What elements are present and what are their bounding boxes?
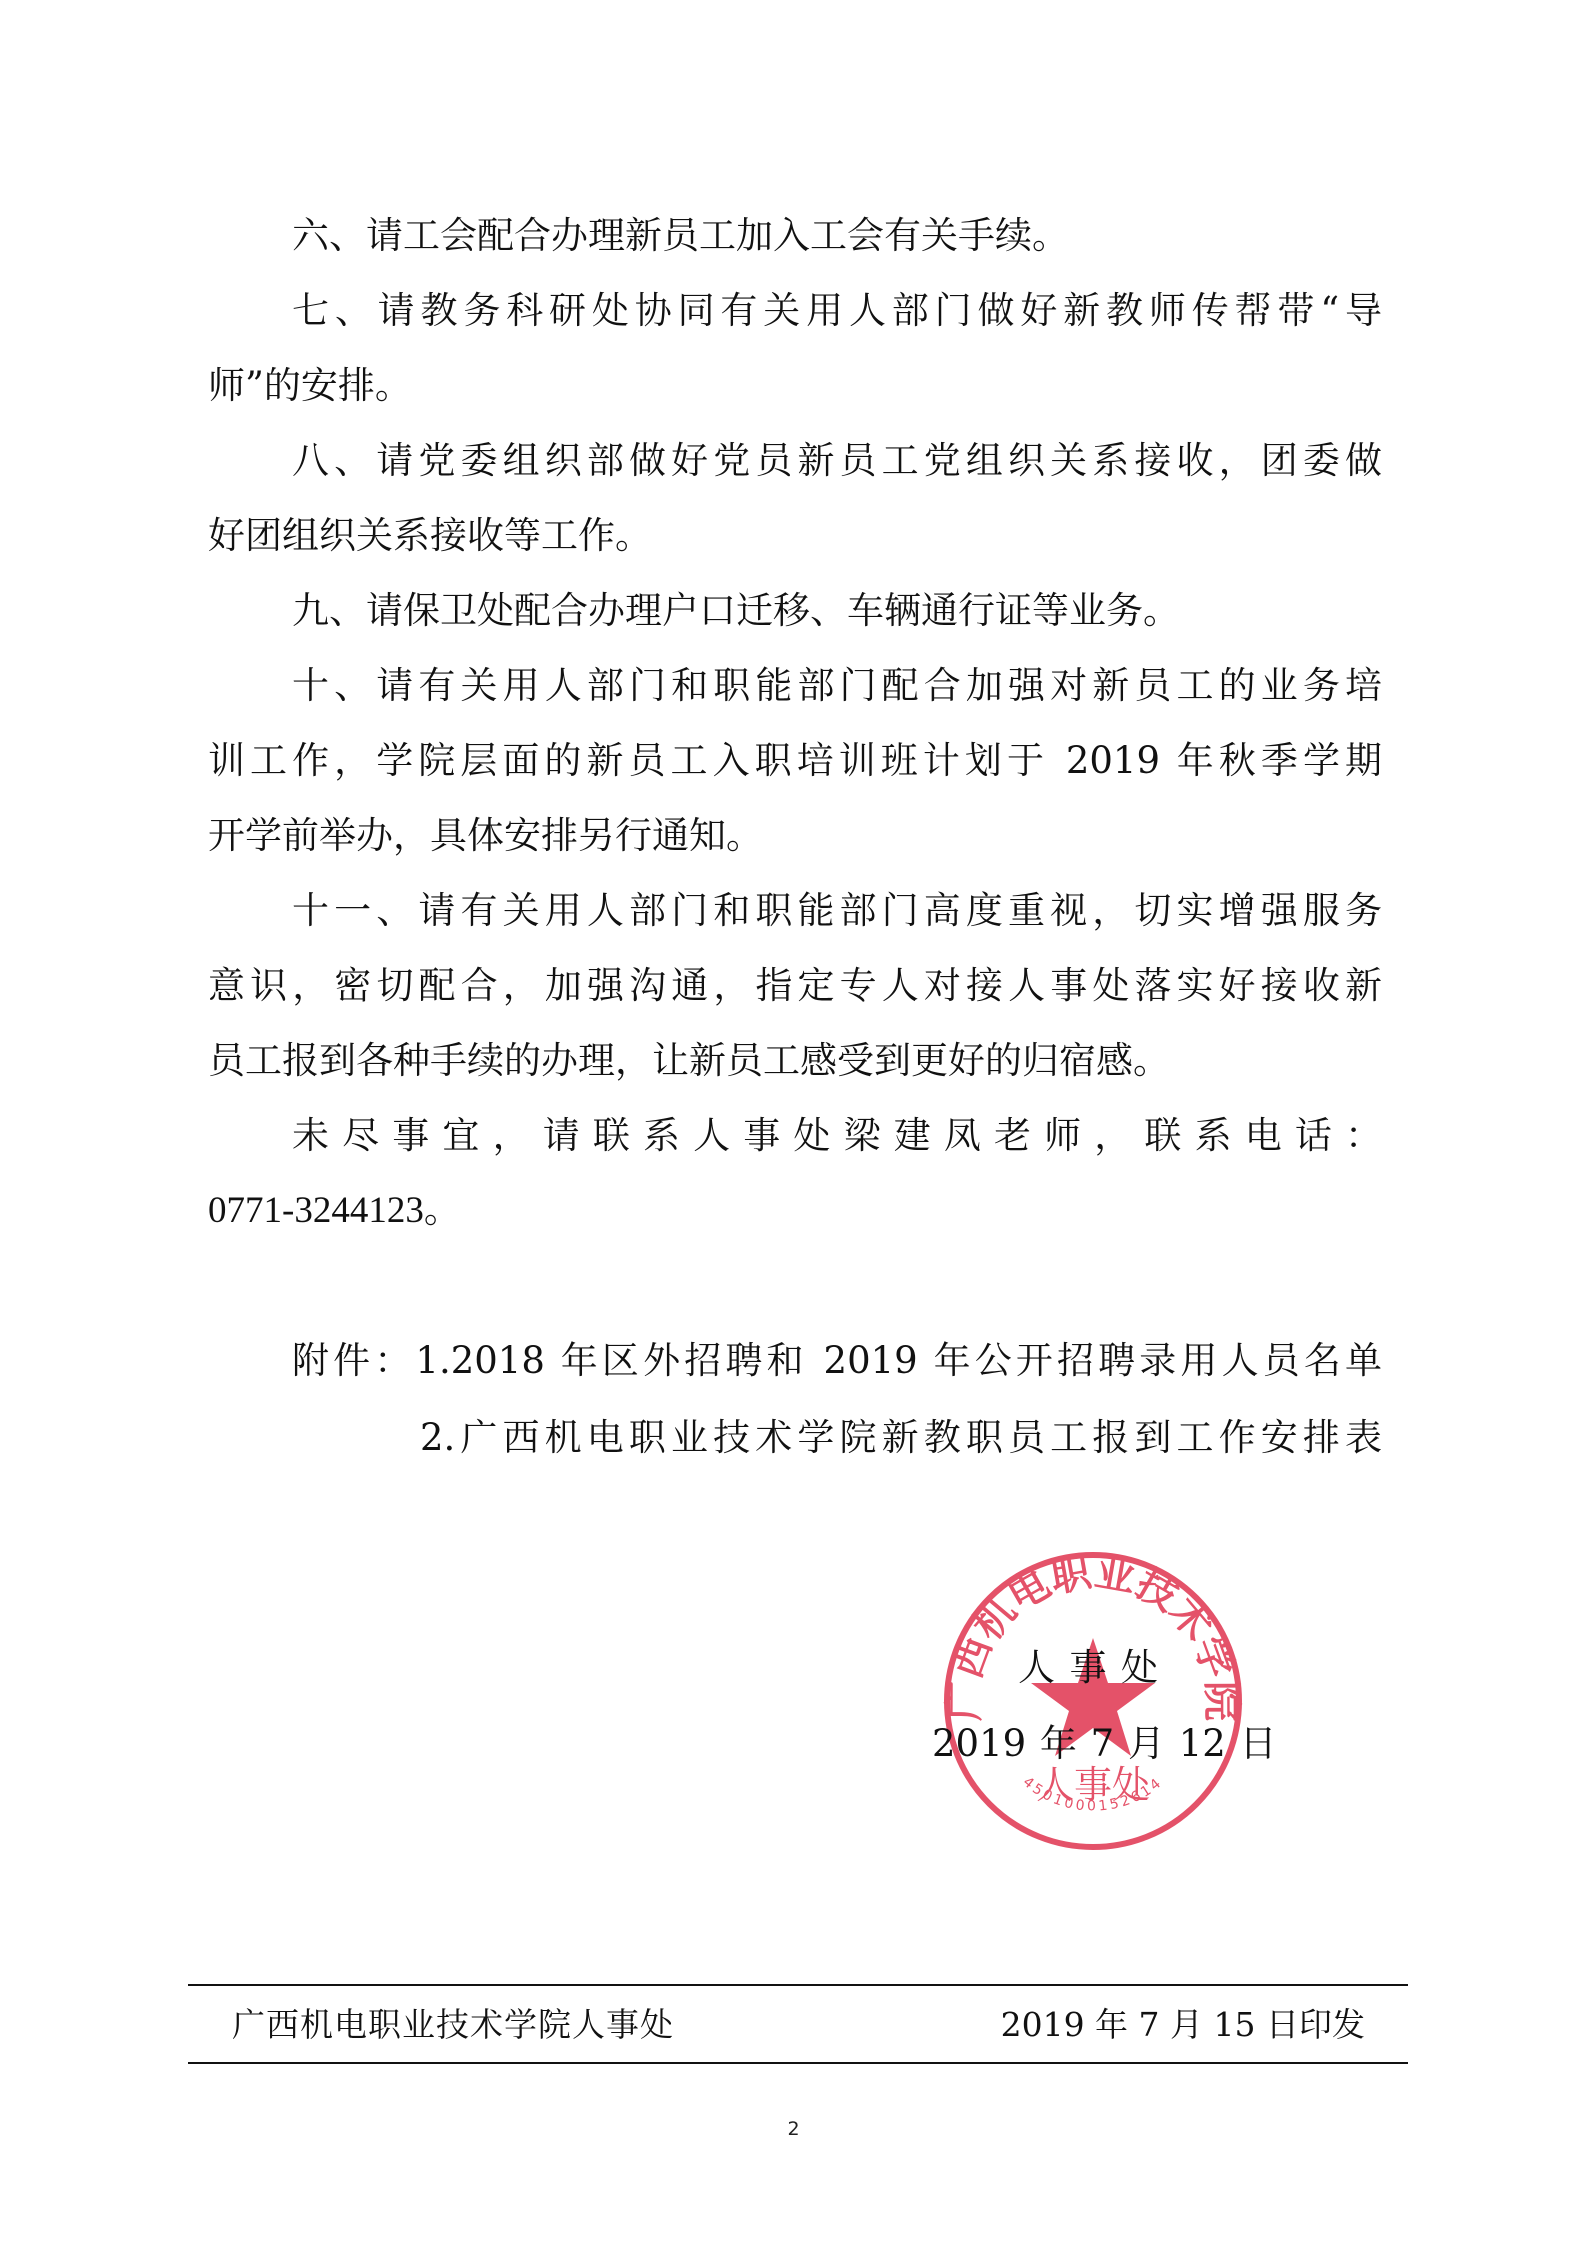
contact-phone: 0771-3244123。 <box>208 1183 1382 1239</box>
footer-rule-top <box>188 1984 1408 1986</box>
paragraph-11-line-2: 意识，密切配合，加强沟通，指定专人对接人事处落实好接收新 <box>208 958 1382 1014</box>
paragraph-9: 九、请保卫处配合办理户口迁移、车辆通行证等业务。 <box>292 583 1382 639</box>
footer-rule-bottom <box>188 2062 1408 2064</box>
document-page: 六、请工会配合办理新员工加入工会有关手续。 七、请教务科研处协同有关用人部门做好… <box>0 0 1587 2245</box>
signature-department: 人事处 <box>1018 1640 1158 1696</box>
paragraph-11-line-3: 员工报到各种手续的办理，让新员工感受到更好的归宿感。 <box>208 1033 1382 1089</box>
footer-issuer: 广西机电职业技术学院人事处 <box>232 2000 674 2050</box>
contact-line-1: 未尽事宜，请联系人事处梁建凤老师，联系电话： <box>292 1108 1382 1164</box>
footer-print-date: 2019 年 7 月 15 日印发 <box>1001 2000 1365 2050</box>
attachment-2: 2.广西机电职业技术学院新教职员工报到工作安排表 <box>420 1410 1382 1466</box>
signature-date: 2019 年 7 月 12 日 <box>932 1716 1262 1772</box>
paragraph-7-line-2: 师”的安排。 <box>208 358 1382 414</box>
paragraph-11-line-1: 十一、请有关用人部门和职能部门高度重视，切实增强服务 <box>292 883 1382 939</box>
page-number: 2 <box>0 2118 1587 2140</box>
official-seal-icon: 广西机电职业技术学院 人事处 4501000152614 <box>940 1548 1246 1854</box>
attachment-1: 附件：1.2018 年区外招聘和 2019 年公开招聘录用人员名单 <box>292 1333 1382 1389</box>
paragraph-10-line-2: 训工作，学院层面的新员工入职培训班计划于 2019 年秋季学期 <box>208 733 1382 789</box>
paragraph-8-line-1: 八、请党委组织部做好党员新员工党组织关系接收，团委做 <box>292 433 1382 489</box>
paragraph-8-line-2: 好团组织关系接收等工作。 <box>208 508 1382 564</box>
paragraph-6: 六、请工会配合办理新员工加入工会有关手续。 <box>292 208 1382 264</box>
paragraph-7-line-1: 七、请教务科研处协同有关用人部门做好新教师传帮带“导 <box>292 283 1382 339</box>
paragraph-10-line-1: 十、请有关用人部门和职能部门配合加强对新员工的业务培 <box>292 658 1382 714</box>
paragraph-10-line-3: 开学前举办，具体安排另行通知。 <box>208 808 1382 864</box>
